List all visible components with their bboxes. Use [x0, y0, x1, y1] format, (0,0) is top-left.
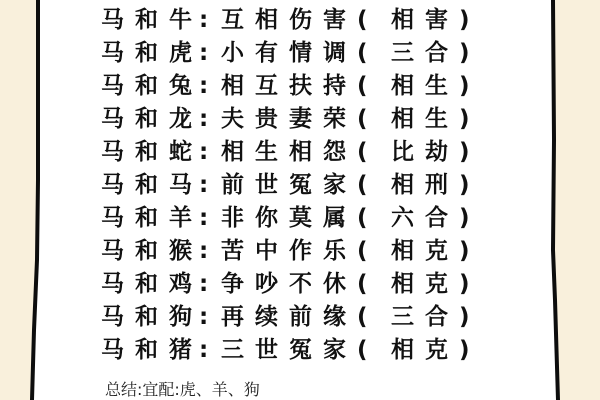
relation-char: 生: [425, 71, 459, 101]
connector: 和: [135, 170, 169, 200]
description-char: 伤: [289, 5, 323, 35]
close-paren: ): [459, 302, 493, 332]
close-paren: ): [459, 5, 493, 35]
description-char: 夫: [221, 104, 255, 134]
close-paren: ): [459, 137, 493, 167]
relation-char: 合: [425, 203, 459, 233]
colon: :: [199, 236, 221, 266]
open-paren: (: [357, 269, 391, 299]
description-char: 续: [255, 302, 289, 332]
description-char: 世: [255, 170, 289, 200]
partner-sign: 鸡: [169, 269, 203, 299]
connector: 和: [135, 137, 169, 167]
connector: 和: [135, 236, 169, 266]
list-item: 马 和 虎 : 小 有 情 调 ( 三 合 ): [101, 38, 493, 68]
colon: :: [199, 38, 221, 68]
open-paren: (: [357, 203, 391, 233]
close-paren: ): [459, 104, 493, 134]
colon: :: [199, 203, 221, 233]
description-char: 互: [221, 5, 255, 35]
subject-sign: 马: [101, 38, 135, 68]
colon: :: [199, 71, 221, 101]
description-char: 生: [255, 137, 289, 167]
colon: :: [199, 170, 221, 200]
colon: :: [199, 335, 221, 365]
list-item: 马 和 鸡 : 争 吵 不 休 ( 相 克 ): [101, 269, 493, 299]
subject-sign: 马: [101, 203, 135, 233]
subject-sign: 马: [101, 104, 135, 134]
list-item: 马 和 牛 : 互 相 伤 害 ( 相 害 ): [101, 5, 493, 35]
connector: 和: [135, 269, 169, 299]
description-char: 相: [221, 71, 255, 101]
description-char: 情: [289, 38, 323, 68]
relation-char: 相: [391, 269, 425, 299]
subject-sign: 马: [101, 269, 135, 299]
relation-char: 相: [391, 170, 425, 200]
colon: :: [199, 269, 221, 299]
colon: :: [199, 137, 221, 167]
relation-char: 相: [391, 71, 425, 101]
description-char: 调: [323, 38, 357, 68]
description-char: 世: [255, 335, 289, 365]
relation-char: 克: [425, 236, 459, 266]
close-paren: ): [459, 203, 493, 233]
description-char: 苦: [221, 236, 255, 266]
relation-char: 相: [391, 335, 425, 365]
list-item: 马 和 猴 : 苦 中 作 乐 ( 相 克 ): [101, 236, 493, 266]
relation-char: 合: [425, 302, 459, 332]
description-char: 前: [221, 170, 255, 200]
partner-sign: 狗: [169, 302, 203, 332]
description-char: 家: [323, 335, 357, 365]
relation-char: 三: [391, 38, 425, 68]
colon: :: [199, 5, 221, 35]
close-paren: ): [459, 335, 493, 365]
subject-sign: 马: [101, 236, 135, 266]
description-char: 属: [323, 203, 357, 233]
open-paren: (: [357, 104, 391, 134]
list-item: 马 和 蛇 : 相 生 相 怨 ( 比 劫 ): [101, 137, 493, 167]
open-paren: (: [357, 137, 391, 167]
description-char: 作: [289, 236, 323, 266]
connector: 和: [135, 5, 169, 35]
description-char: 小: [221, 38, 255, 68]
open-paren: (: [357, 71, 391, 101]
description-char: 贵: [255, 104, 289, 134]
subject-sign: 马: [101, 335, 135, 365]
description-char: 争: [221, 269, 255, 299]
relation-char: 克: [425, 335, 459, 365]
connector: 和: [135, 302, 169, 332]
connector: 和: [135, 71, 169, 101]
description-char: 中: [255, 236, 289, 266]
description-char: 互: [255, 71, 289, 101]
list-item: 马 和 龙 : 夫 贵 妻 荣 ( 相 生 ): [101, 104, 493, 134]
description-char: 害: [323, 5, 357, 35]
connector: 和: [135, 38, 169, 68]
page: 马 和 牛 : 互 相 伤 害 ( 相 害 ) 马 和 虎 : 小 有 情 调 …: [0, 0, 600, 400]
description-char: 相: [221, 137, 255, 167]
relation-char: 比: [391, 137, 425, 167]
relation-char: 劫: [425, 137, 459, 167]
colon: :: [199, 302, 221, 332]
relation-char: 害: [425, 5, 459, 35]
description-char: 怨: [323, 137, 357, 167]
description-char: 相: [289, 137, 323, 167]
description-char: 扶: [289, 71, 323, 101]
description-char: 三: [221, 335, 255, 365]
description-char: 妻: [289, 104, 323, 134]
description-char: 荣: [323, 104, 357, 134]
relation-char: 刑: [425, 170, 459, 200]
partner-sign: 虎: [169, 38, 203, 68]
connector: 和: [135, 203, 169, 233]
description-char: 冤: [289, 170, 323, 200]
partner-sign: 猴: [169, 236, 203, 266]
partner-sign: 龙: [169, 104, 203, 134]
open-paren: (: [357, 170, 391, 200]
description-char: 再: [221, 302, 255, 332]
list-item: 马 和 羊 : 非 你 莫 属 ( 六 合 ): [101, 203, 493, 233]
open-paren: (: [357, 335, 391, 365]
description-char: 不: [289, 269, 323, 299]
relation-char: 三: [391, 302, 425, 332]
partner-sign: 马: [169, 170, 203, 200]
close-paren: ): [459, 71, 493, 101]
list-item: 马 和 猪 : 三 世 冤 家 ( 相 克 ): [101, 335, 493, 365]
close-paren: ): [459, 269, 493, 299]
close-paren: ): [459, 236, 493, 266]
subject-sign: 马: [101, 5, 135, 35]
description-char: 缘: [323, 302, 357, 332]
description-char: 冤: [289, 335, 323, 365]
summary-text: 总结:宜配:虎、羊、狗: [105, 380, 260, 400]
partner-sign: 猪: [169, 335, 203, 365]
open-paren: (: [357, 5, 391, 35]
partner-sign: 羊: [169, 203, 203, 233]
description-char: 你: [255, 203, 289, 233]
partner-sign: 蛇: [169, 137, 203, 167]
open-paren: (: [357, 302, 391, 332]
relation-char: 相: [391, 104, 425, 134]
connector: 和: [135, 104, 169, 134]
list-item: 马 和 兔 : 相 互 扶 持 ( 相 生 ): [101, 71, 493, 101]
relation-char: 生: [425, 104, 459, 134]
description-char: 非: [221, 203, 255, 233]
open-paren: (: [357, 236, 391, 266]
description-char: 莫: [289, 203, 323, 233]
connector: 和: [135, 335, 169, 365]
description-char: 前: [289, 302, 323, 332]
partner-sign: 牛: [169, 5, 203, 35]
partner-sign: 兔: [169, 71, 203, 101]
compatibility-list: 马 和 牛 : 互 相 伤 害 ( 相 害 ) 马 和 虎 : 小 有 情 调 …: [0, 0, 600, 400]
relation-char: 克: [425, 269, 459, 299]
list-item: 马 和 狗 : 再 续 前 缘 ( 三 合 ): [101, 302, 493, 332]
relation-char: 六: [391, 203, 425, 233]
description-char: 持: [323, 71, 357, 101]
close-paren: ): [459, 170, 493, 200]
relation-char: 合: [425, 38, 459, 68]
subject-sign: 马: [101, 137, 135, 167]
description-char: 乐: [323, 236, 357, 266]
subject-sign: 马: [101, 302, 135, 332]
relation-char: 相: [391, 5, 425, 35]
description-char: 吵: [255, 269, 289, 299]
relation-char: 相: [391, 236, 425, 266]
close-paren: ): [459, 38, 493, 68]
subject-sign: 马: [101, 71, 135, 101]
description-char: 有: [255, 38, 289, 68]
description-char: 相: [255, 5, 289, 35]
list-item: 马 和 马 : 前 世 冤 家 ( 相 刑 ): [101, 170, 493, 200]
description-char: 家: [323, 170, 357, 200]
open-paren: (: [357, 38, 391, 68]
subject-sign: 马: [101, 170, 135, 200]
colon: :: [199, 104, 221, 134]
description-char: 休: [323, 269, 357, 299]
